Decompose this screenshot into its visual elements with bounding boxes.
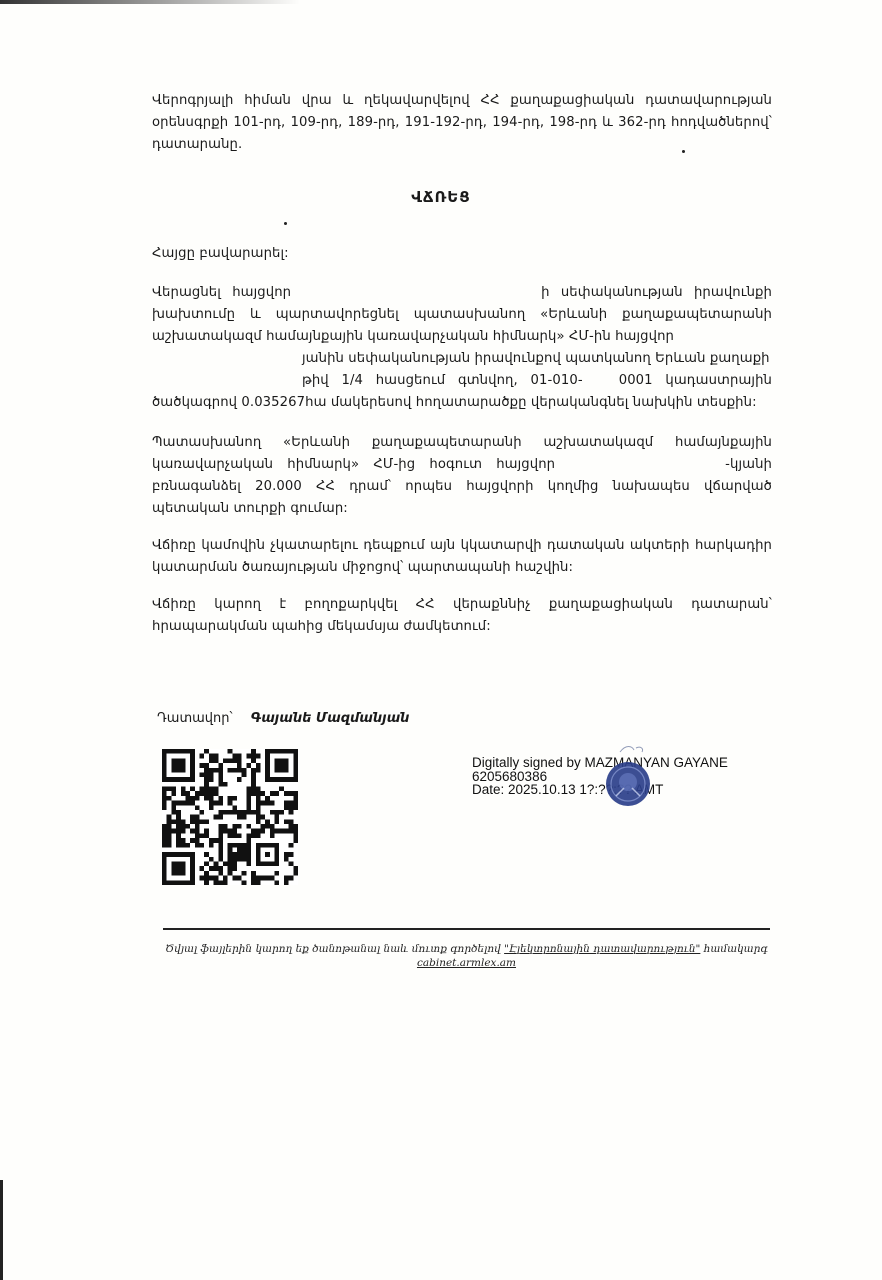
qr-code-icon[interactable] bbox=[162, 747, 298, 887]
judge-signature-line: Դատավոր՝ Գայանե Մազմանյան bbox=[157, 711, 409, 726]
paragraph-4: Վճիռը կարող է բողոքարկվել ՀՀ վերաքննիչ ք… bbox=[152, 594, 772, 638]
scan-speck bbox=[284, 222, 287, 225]
scan-speck bbox=[682, 150, 685, 153]
claim-satisfied: Հայցը բավարարել: bbox=[152, 243, 772, 265]
court-stamp-icon bbox=[600, 744, 658, 810]
footer-note-prefix: Ծվյալ ֆայլերին կարող եք ծանոթանալ նաև մո… bbox=[165, 943, 504, 955]
footer-system-link[interactable]: "Էլեկտրոնային դատավարություն" bbox=[504, 943, 700, 955]
document-title: ՎՃՌԵՑ bbox=[0, 188, 882, 206]
footer-url-link[interactable]: cabinet.armlex.am bbox=[163, 956, 770, 970]
intro-text: Վերոգրյալի հիման վրա և ղեկավարվելով ՀՀ ք… bbox=[152, 90, 772, 156]
footer-divider bbox=[163, 928, 770, 930]
judge-name: Գայանե Մազմանյան bbox=[251, 711, 410, 726]
paragraph-3-text: Վճիռը կամովին չկատարելու դեպքում այն կկա… bbox=[152, 535, 772, 579]
p1-part3: յանին սեփականության իրավունքով պատկանող … bbox=[302, 351, 770, 366]
paragraph-3: Վճիռը կամովին չկատարելու դեպքում այն կկա… bbox=[152, 535, 772, 579]
footer-note: Ծվյալ ֆայլերին կարող եք ծանոթանալ նաև մո… bbox=[163, 942, 770, 970]
paragraph-1-text: Վերացնել հայցվորի սեփականության իրավունք… bbox=[152, 282, 772, 414]
scan-edge-shadow bbox=[0, 1180, 3, 1280]
claim-satisfied-text: Հայցը բավարարել: bbox=[152, 243, 772, 265]
p1-part1: Վերացնել հայցվոր bbox=[152, 285, 291, 300]
paragraph-2-text: Պատասխանող «Երևանի քաղաքապետարանի աշխատա… bbox=[152, 432, 772, 520]
footer-note-suffix: համակարգ bbox=[700, 943, 767, 955]
intro-paragraph: Վերոգրյալի հիման վրա և ղեկավարվելով ՀՀ ք… bbox=[152, 90, 772, 156]
p2-part1: Պատասխանող «Երևանի քաղաքապետարանի աշխատա… bbox=[152, 435, 772, 472]
paragraph-4-text: Վճիռը կարող է բողոքարկվել ՀՀ վերաքննիչ ք… bbox=[152, 594, 772, 638]
p1-part4: թիվ 1/4 հասցեում գտնվող, 01-010- bbox=[302, 373, 583, 388]
paragraph-2: Պատասխանող «Երևանի քաղաքապետարանի աշխատա… bbox=[152, 432, 772, 520]
scan-edge-shadow bbox=[0, 0, 300, 4]
document-page: Վերոգրյալի հիման վրա և ղեկավարվելով ՀՀ ք… bbox=[0, 0, 882, 1280]
judge-label: Դատավոր՝ bbox=[157, 711, 233, 726]
paragraph-1: Վերացնել հայցվորի սեփականության իրավունք… bbox=[152, 282, 772, 414]
